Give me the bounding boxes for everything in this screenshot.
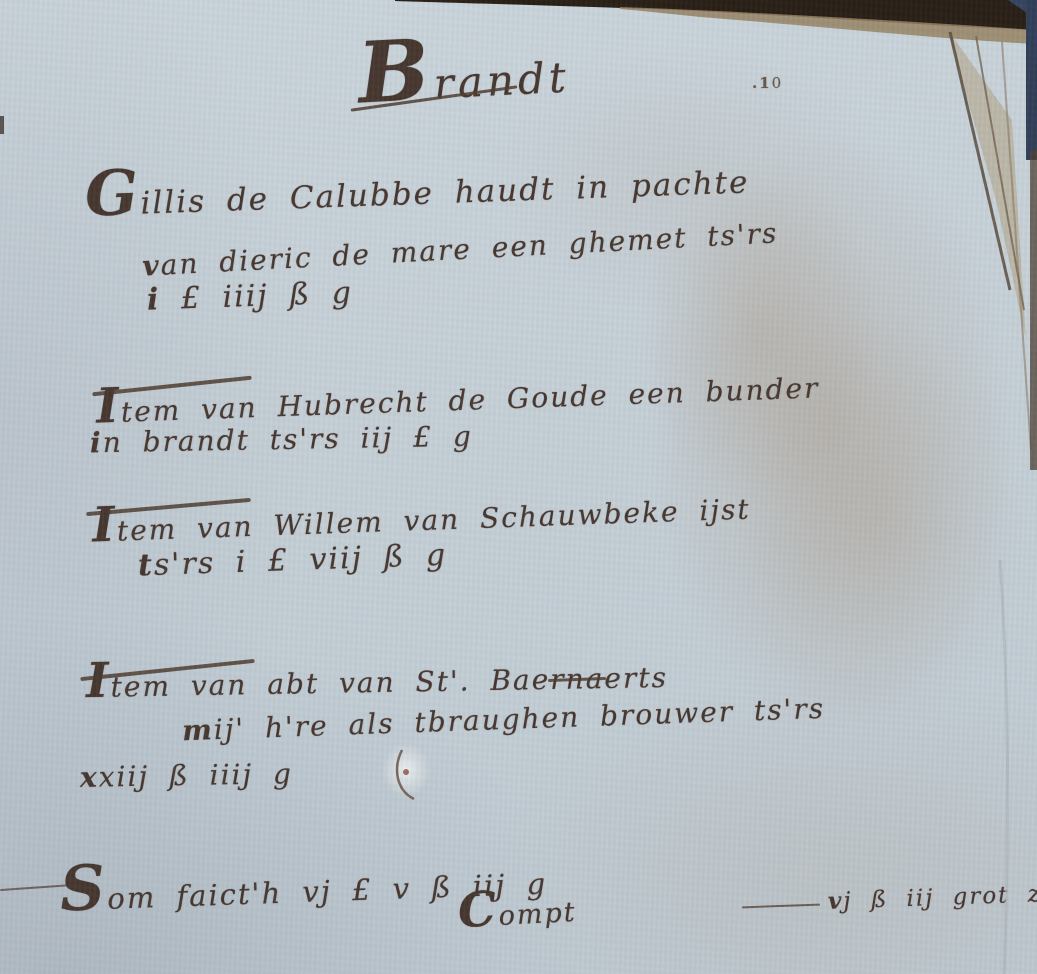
total-leading-dash <box>742 904 820 909</box>
manuscript-photo: Brandt .10 Gillis de Calubbe haudt in pa… <box>0 0 1037 974</box>
manuscript-line: van dieric de mare een ghemet ts'rs <box>142 219 779 280</box>
right-edge-dark-sliver <box>1030 150 1037 470</box>
curled-corner <box>948 30 1026 340</box>
manuscript-line: Item van abt van St'. Baernaerts <box>86 647 669 705</box>
manuscript-line: i £ iiij ß g <box>147 278 354 315</box>
page-title: Brandt <box>356 21 571 116</box>
corner-crease-line <box>950 32 1010 290</box>
manuscript-line: ts'rs i £ viij ß g <box>138 541 448 582</box>
binding-blue-corner <box>1008 0 1037 20</box>
corner-crease-line <box>976 36 1024 310</box>
manuscript-line: mij' h're als tbraughen brouwer ts'rs <box>182 695 826 745</box>
compt-label: Compt <box>457 881 578 935</box>
corner-crease-line <box>1002 42 1031 450</box>
binding-blue-strip <box>1026 0 1037 160</box>
page-crease <box>1000 560 1007 974</box>
page-number: .10 <box>752 76 783 91</box>
left-edge-notch <box>0 116 4 134</box>
right-total: vj ß iij grot z <box>828 882 1037 913</box>
manuscript-line: in brandt ts'rs iij £ g <box>90 423 473 458</box>
paper-tear <box>378 732 440 816</box>
top-edge-paper-stack <box>620 7 1037 44</box>
manuscript-line: xxiij ß iiij g <box>80 760 293 792</box>
manuscript-line: Gillis de Calubbe haudt in pachte <box>84 140 750 225</box>
